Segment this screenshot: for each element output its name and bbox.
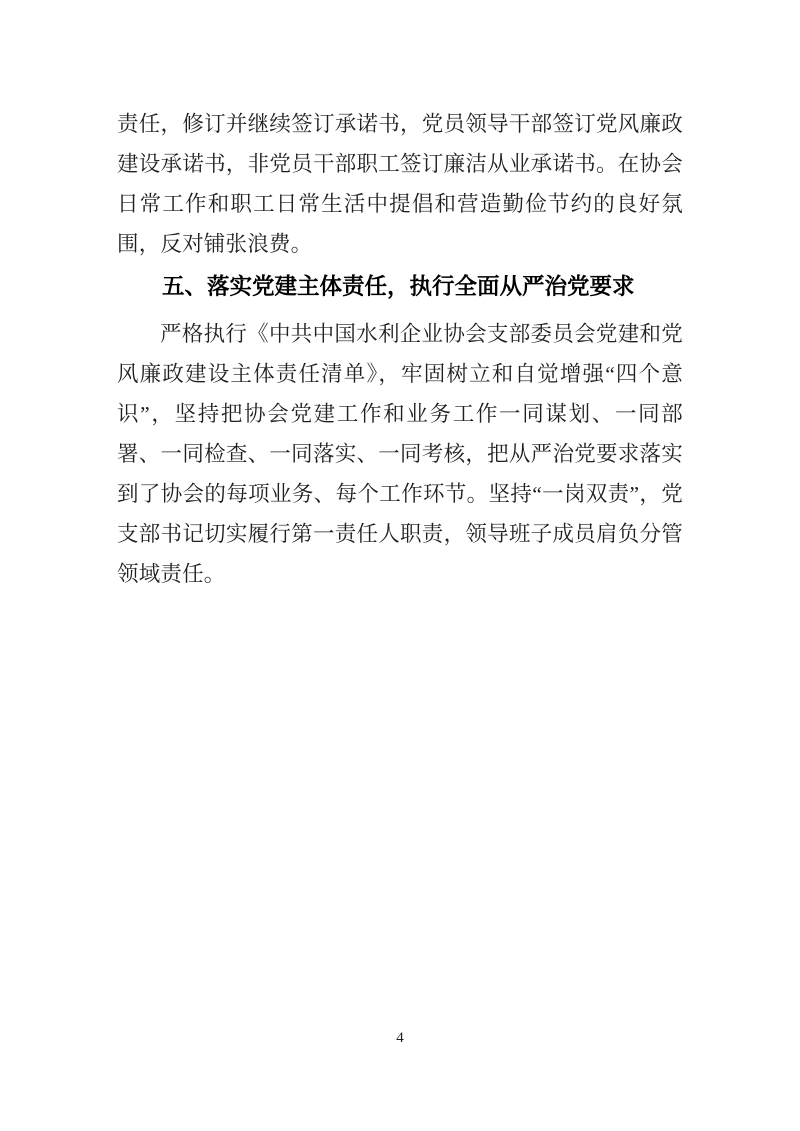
paragraph-continuation: 责任，修订并继续签订承诺书，党员领导干部签订党风廉政建设承诺书，非党员干部职工签… bbox=[117, 104, 683, 264]
page-number: 4 bbox=[0, 1028, 800, 1048]
paragraph-body: 严格执行《中共中国水利企业协会支部委员会党建和党风廉政建设主体责任清单》，牢固树… bbox=[117, 314, 683, 594]
document-content: 责任，修订并继续签订承诺书，党员领导干部签订党风廉政建设承诺书，非党员干部职工签… bbox=[117, 104, 683, 594]
section-heading: 五、落实党建主体责任，执行全面从严治党要求 bbox=[117, 264, 683, 310]
document-page: 责任，修订并继续签订承诺书，党员领导干部签订党风廉政建设承诺书，非党员干部职工签… bbox=[0, 0, 800, 1131]
